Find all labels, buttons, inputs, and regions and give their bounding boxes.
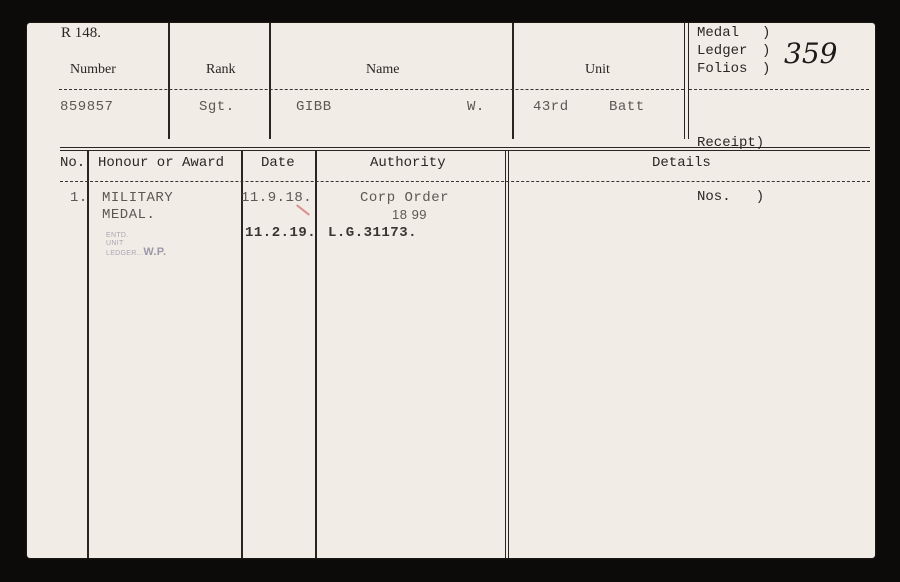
nos-label: Nos. ) — [697, 188, 764, 206]
award-date-1: 11.9.18. — [241, 190, 312, 206]
ledger-labels: Medal Ledger Folios — [697, 24, 747, 78]
rank-value: Sgt. — [199, 99, 235, 115]
folios-label: Folios — [697, 60, 747, 78]
divider — [87, 151, 89, 558]
honour-header: Honour or Award — [98, 155, 224, 171]
number-header: Number — [70, 62, 116, 78]
folio-number-handwritten: 359 — [784, 37, 837, 70]
authority-2: L.G.31173. — [328, 225, 417, 241]
divider — [269, 23, 271, 139]
no-header: No. — [60, 155, 85, 171]
date-header: Date — [261, 155, 295, 171]
unit-type-value: Batt — [609, 99, 645, 115]
award-line-1: MILITARY — [102, 190, 173, 206]
divider — [512, 23, 514, 139]
authority-header: Authority — [370, 155, 446, 171]
section-separator — [60, 150, 870, 151]
service-number: 859857 — [60, 99, 113, 115]
bracket: ) — [762, 24, 770, 42]
red-tick-mark — [296, 204, 310, 215]
stamp-ledger: LEDGER... — [106, 250, 143, 257]
unit-ledger-stamp: ENTD. UNIT LEDGER...W.P. — [106, 232, 166, 258]
table-header-rule — [60, 181, 870, 182]
details-header: Details — [652, 155, 711, 171]
medal-index-card: R 148. Number Rank Name Unit 859857 Sgt.… — [27, 23, 875, 558]
stamp-line: LEDGER...W.P. — [106, 248, 166, 258]
name-header: Name — [366, 62, 399, 78]
section-separator — [60, 147, 870, 148]
row-number: 1. — [70, 190, 88, 206]
ledger-brackets: ) ) ) — [762, 24, 770, 78]
authority-1-number: 18 99 — [392, 207, 427, 222]
award-date-2: 11.2.19. — [245, 225, 316, 241]
rank-header: Rank — [206, 62, 236, 78]
divider — [688, 23, 689, 139]
unit-header: Unit — [585, 62, 610, 78]
stamp-line: ENTD. — [106, 232, 166, 240]
divider — [168, 23, 170, 139]
card-reference: R 148. — [61, 25, 101, 42]
divider — [241, 151, 243, 558]
ledger-label: Ledger — [697, 42, 747, 60]
divider — [315, 151, 317, 558]
divider — [684, 23, 685, 139]
header-rule — [59, 89, 684, 90]
authority-1: Corp Order — [360, 190, 449, 206]
unit-number-value: 43rd — [533, 99, 569, 115]
divider — [505, 151, 506, 558]
divider — [508, 151, 509, 558]
header-rule — [689, 89, 869, 90]
stamp-initials: W.P. — [143, 246, 166, 258]
initial-value: W. — [467, 99, 485, 115]
medal-label: Medal — [697, 24, 747, 42]
bracket: ) — [762, 60, 770, 78]
award-line-2: MEDAL. — [102, 207, 155, 223]
bracket: ) — [762, 42, 770, 60]
surname-value: GIBB — [296, 99, 332, 115]
